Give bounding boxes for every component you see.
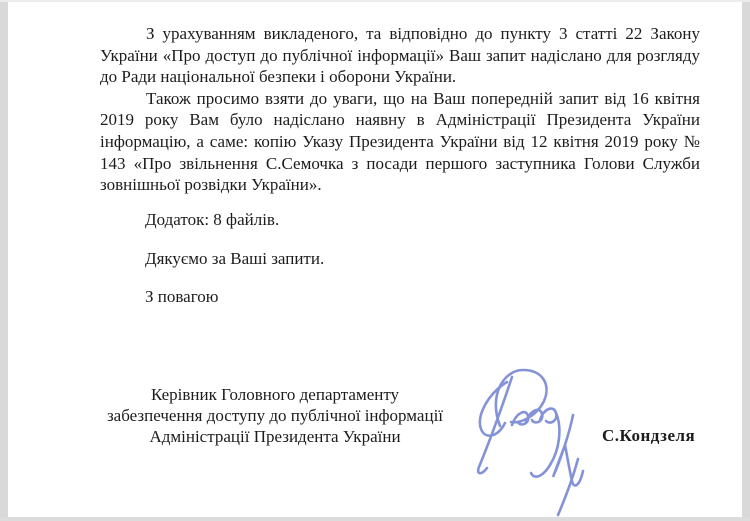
thanks-line: Дякуємо за Ваші запити. bbox=[145, 248, 324, 270]
signer-name: С.Кондзеля bbox=[602, 426, 695, 446]
closing-line: З повагою bbox=[145, 286, 218, 308]
handwritten-signature-icon bbox=[458, 362, 623, 521]
page-edge-left bbox=[0, 0, 8, 521]
paragraph-legal-basis: З урахуванням викладеного, та відповідно… bbox=[100, 23, 700, 88]
attachment-line: Додаток: 8 файлів. bbox=[145, 209, 279, 231]
paragraph-previous-request: Також просимо взяти до уваги, що на Ваш … bbox=[100, 88, 700, 196]
signer-title-line-3: Адміністрації Президента України bbox=[93, 426, 457, 447]
page-edge-bottom bbox=[0, 517, 750, 521]
page-edge-right bbox=[742, 0, 750, 521]
signer-title-line-2: забезпечення доступу до публічної інформ… bbox=[93, 405, 457, 426]
letter-body: З урахуванням викладеного, та відповідно… bbox=[100, 23, 700, 196]
page-edge-top bbox=[0, 0, 750, 2]
signer-title-line-1: Керівник Головного департаменту bbox=[93, 384, 457, 405]
signer-title-block: Керівник Головного департаменту забезпеч… bbox=[93, 384, 457, 447]
scanned-letter-page: З урахуванням викладеного, та відповідно… bbox=[0, 0, 750, 521]
